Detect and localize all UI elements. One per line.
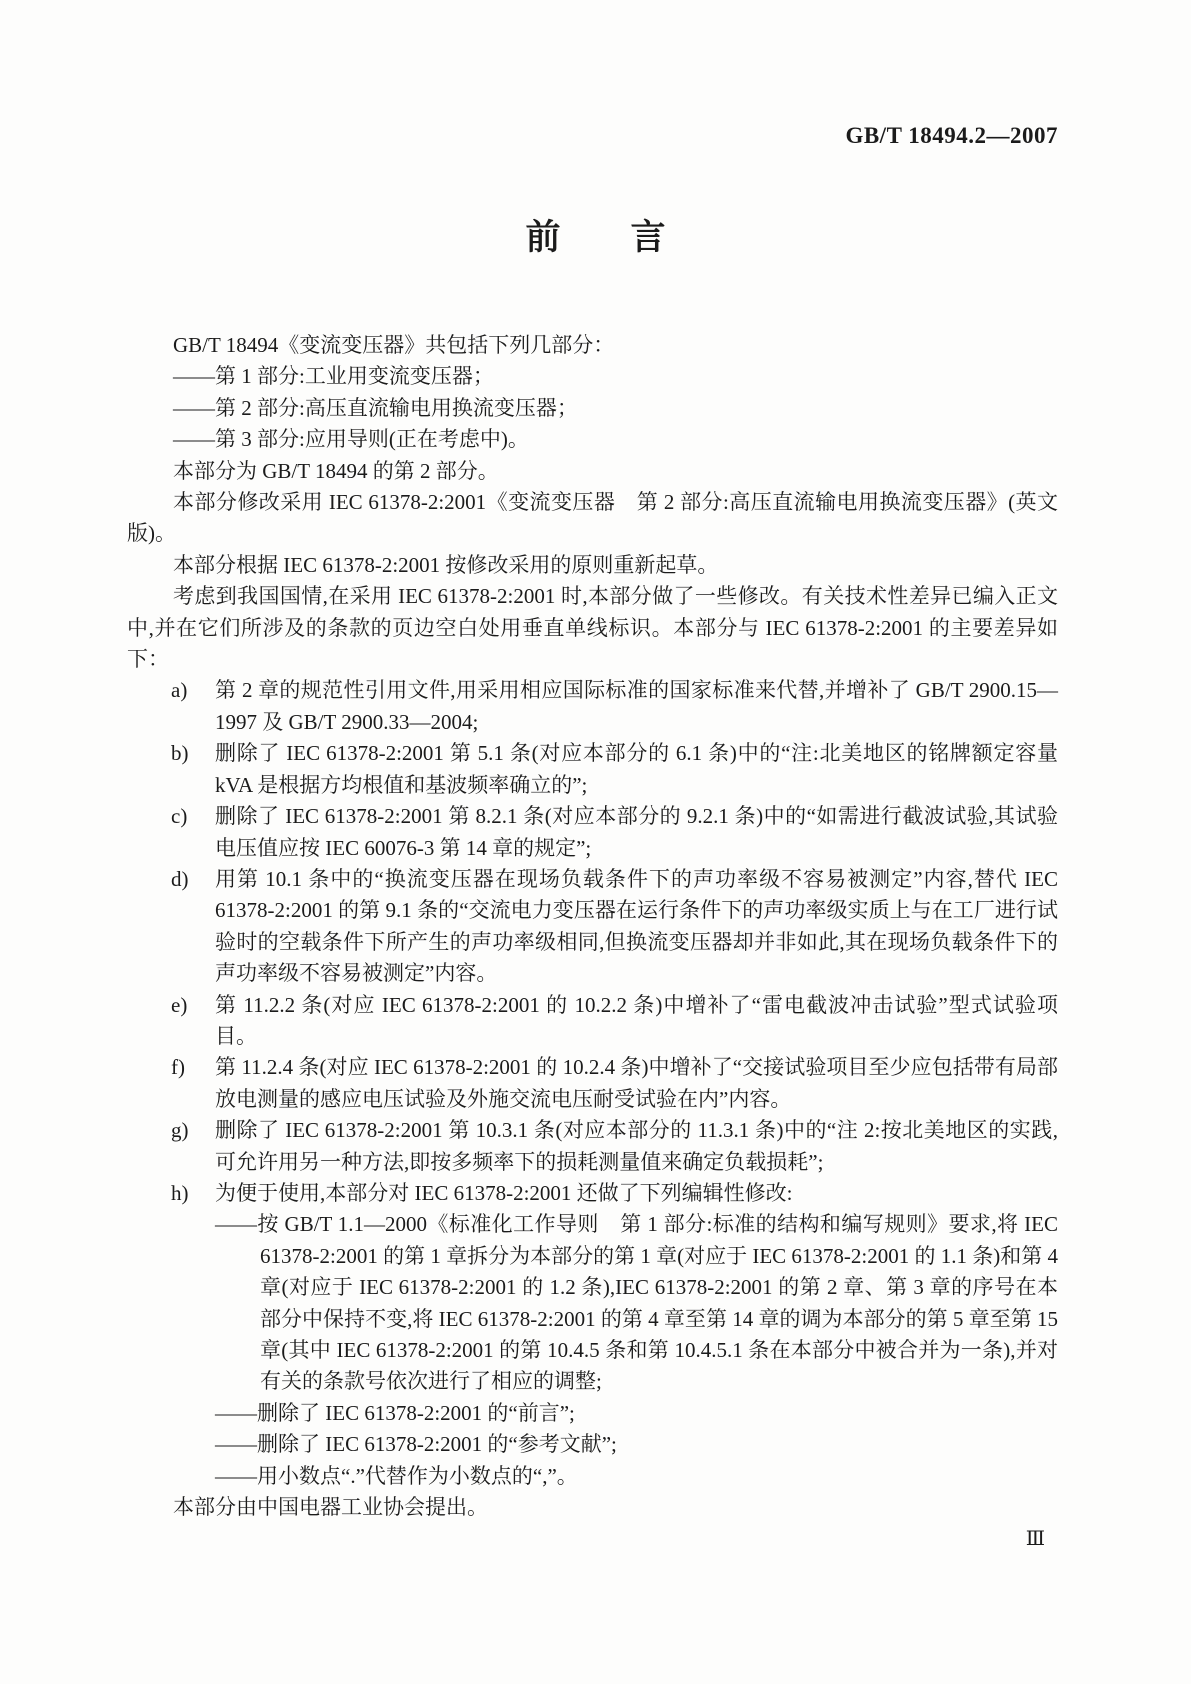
paragraph: 考虑到我国国情,在采用 IEC 61378-2:2001 时,本部分做了一些修改… bbox=[127, 581, 1058, 675]
paragraph: ——第 3 部分:应用导则(正在考虑中)。 bbox=[127, 424, 1058, 455]
list-marker: b) bbox=[171, 738, 189, 769]
paragraph: ——按 GB/T 1.1—2000《标准化工作导则 第 1 部分:标准的结构和编… bbox=[127, 1209, 1058, 1397]
paragraph: 本部分修改采用 IEC 61378-2:2001《变流变压器 第 2 部分:高压… bbox=[127, 487, 1058, 550]
paragraph: ——第 1 部分:工业用变流变压器； bbox=[127, 361, 1058, 392]
list-marker: g) bbox=[171, 1115, 189, 1146]
list-item: g)删除了 IEC 61378-2:2001 第 10.3.1 条(对应本部分的… bbox=[127, 1115, 1058, 1178]
paragraph: GB/T 18494《变流变压器》共包括下列几部分： bbox=[127, 330, 1058, 361]
list-marker: d) bbox=[171, 864, 189, 895]
page-number: Ⅲ bbox=[127, 1526, 1058, 1551]
list-item: e)第 11.2.2 条(对应 IEC 61378-2:2001 的 10.2.… bbox=[127, 990, 1058, 1053]
list-item: d)用第 10.1 条中的“换流变压器在现场负载条件下的声功率级不容易被测定”内… bbox=[127, 864, 1058, 990]
paragraph: 本部分根据 IEC 61378-2:2001 按修改采用的原则重新起草。 bbox=[127, 550, 1058, 581]
list-item: a)第 2 章的规范性引用文件,用采用相应国际标准的国家标准来代替,并增补了 G… bbox=[127, 675, 1058, 738]
list-marker: e) bbox=[171, 990, 187, 1021]
standard-number-header: GB/T 18494.2—2007 bbox=[127, 123, 1058, 149]
paragraph: ——删除了 IEC 61378-2:2001 的“前言”; bbox=[127, 1398, 1058, 1429]
list-item: c)删除了 IEC 61378-2:2001 第 8.2.1 条(对应本部分的 … bbox=[127, 801, 1058, 864]
list-marker: c) bbox=[171, 801, 187, 832]
foreword-body: GB/T 18494《变流变压器》共包括下列几部分：——第 1 部分:工业用变流… bbox=[127, 330, 1058, 1523]
list-item: f)第 11.2.4 条(对应 IEC 61378-2:2001 的 10.2.… bbox=[127, 1052, 1058, 1115]
list-marker: h) bbox=[171, 1178, 189, 1209]
paragraph: ——第 2 部分:高压直流输电用换流变压器； bbox=[127, 393, 1058, 424]
paragraph: 本部分为 GB/T 18494 的第 2 部分。 bbox=[127, 456, 1058, 487]
paragraph: ——用小数点“.”代替作为小数点的“,”。 bbox=[127, 1461, 1058, 1492]
paragraph: 本部分由中国电器工业协会提出。 bbox=[127, 1492, 1058, 1523]
list-marker: a) bbox=[171, 675, 187, 706]
page-title: 前 言 bbox=[0, 216, 1191, 260]
paragraph: ——删除了 IEC 61378-2:2001 的“参考文献”; bbox=[127, 1429, 1058, 1460]
document-page: GB/T 18494.2—2007 前 言 GB/T 18494《变流变压器》共… bbox=[0, 0, 1191, 1684]
list-item: b)删除了 IEC 61378-2:2001 第 5.1 条(对应本部分的 6.… bbox=[127, 738, 1058, 801]
list-marker: f) bbox=[171, 1052, 185, 1083]
list-item: h)为便于使用,本部分对 IEC 61378-2:2001 还做了下列编辑性修改… bbox=[127, 1178, 1058, 1209]
